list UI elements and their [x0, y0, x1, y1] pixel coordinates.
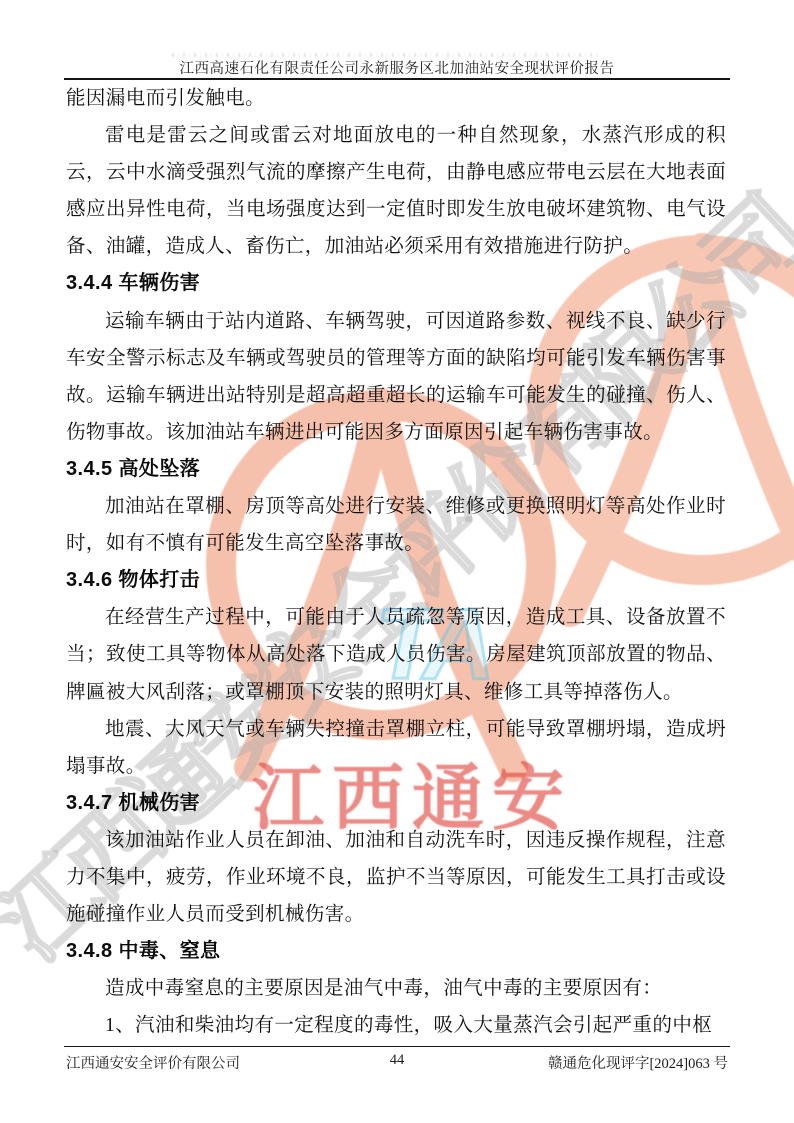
document-body: 能因漏电而引发触电。雷电是雷云之间或雷云对地面放电的一种自然现象，水蒸汽形成的积… — [66, 80, 726, 1044]
footer-rule — [64, 1046, 730, 1047]
body-paragraph: 该加油站作业人员在卸油、加油和自动洗车时，因违反操作规程，注意力不集中，疲劳，作… — [66, 822, 726, 933]
section-heading: 3.4.5 高处坠落 — [66, 451, 726, 488]
body-paragraph: 造成中毒窒息的主要原因是油气中毒，油气中毒的主要原因有： — [66, 970, 726, 1007]
page-footer: 江西通安安全评价有限公司 44 赣通危化现评字[2024]063 号 — [66, 1052, 728, 1073]
section-heading: 3.4.6 物体打击 — [66, 562, 726, 599]
body-paragraph: 地震、大风天气或车辆失控撞击罩棚立柱，可能导致罩棚坍塌，造成坍塌事故。 — [66, 711, 726, 785]
body-paragraph: 能因漏电而引发触电。 — [66, 80, 726, 117]
document-page: 江西通安安全评价有限公司 TA 江西通安 江西高速石化有限责任公司永新服务区北加… — [0, 0, 794, 1123]
body-paragraph: 雷电是雷云之间或雷云对地面放电的一种自然现象，水蒸汽形成的积云，云中水滴受强烈气… — [66, 117, 726, 265]
footer-doc-number: 赣通危化现评字[2024]063 号 — [548, 1052, 728, 1073]
body-paragraph: 加油站在罩棚、房顶等高处进行安装、维修或更换照明灯等高处作业时时，如有不慎有可能… — [66, 488, 726, 562]
footer-company: 江西通安安全评价有限公司 — [66, 1052, 240, 1073]
page-header-title: 江西高速石化有限责任公司永新服务区北加油站安全现状评价报告 — [0, 57, 794, 78]
section-heading: 3.4.7 机械伤害 — [66, 785, 726, 822]
section-heading: 3.4.8 中毒、窒息 — [66, 933, 726, 970]
body-paragraph: 运输车辆由于站内道路、车辆驾驶，可因道路参数、视线不良、缺少行车安全警示标志及车… — [66, 303, 726, 451]
body-paragraph: 在经营生产过程中，可能由于人员疏忽等原因，造成工具、设备放置不当；致使工具等物体… — [66, 599, 726, 710]
footer-page-number: 44 — [390, 1052, 405, 1069]
header-rule — [64, 78, 730, 80]
section-heading: 3.4.4 车辆伤害 — [66, 265, 726, 302]
body-paragraph: 1、汽油和柴油均有一定程度的毒性，吸入大量蒸汽会引起严重的中枢 — [66, 1007, 726, 1044]
